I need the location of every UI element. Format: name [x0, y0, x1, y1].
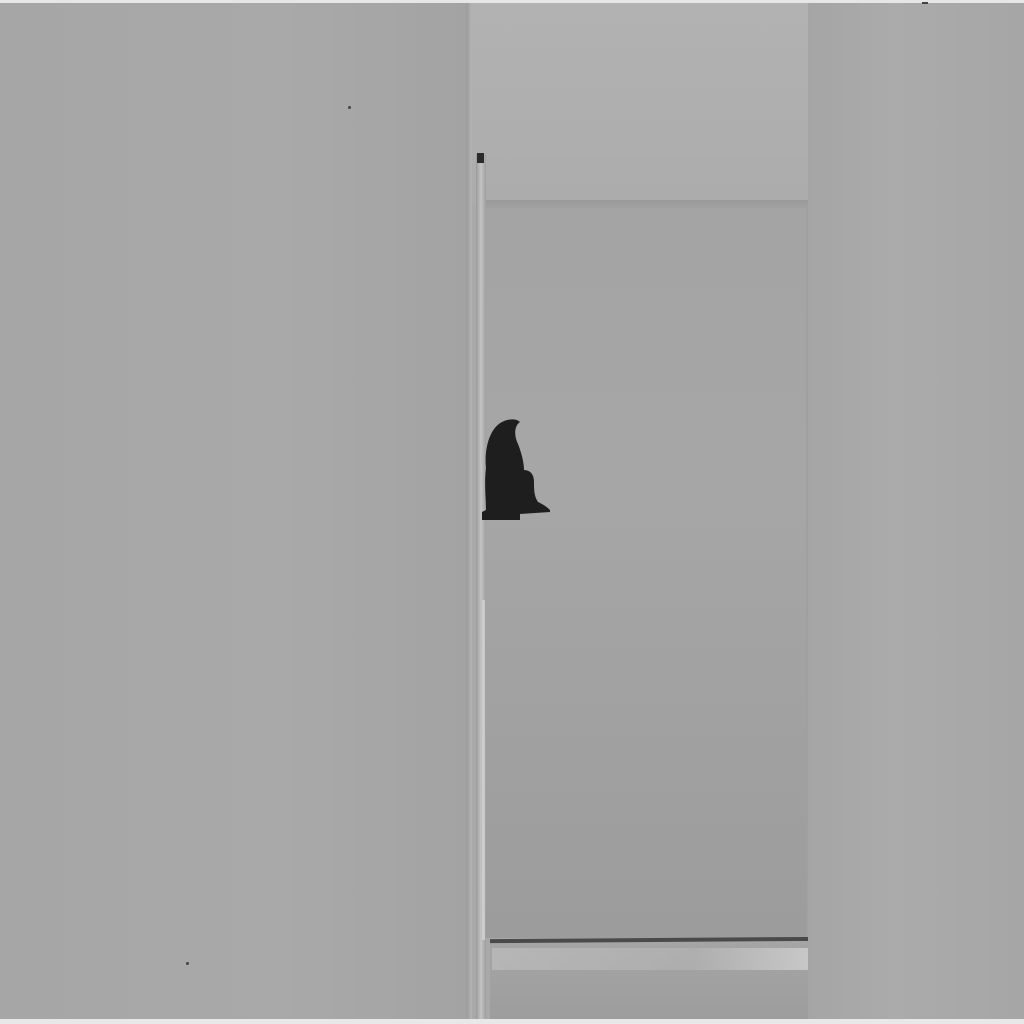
doorway-opening	[484, 203, 826, 938]
dust-speck	[186, 962, 189, 965]
dust-speck	[922, 2, 928, 4]
dust-speck	[348, 106, 351, 109]
photograph	[0, 0, 1024, 1024]
back-wall-upper	[472, 3, 808, 203]
photo-bottom-border	[0, 1019, 1024, 1024]
left-wall	[0, 3, 468, 1019]
floor-reflection	[492, 948, 826, 970]
right-wall	[808, 3, 1024, 1019]
left-wall-edge	[466, 3, 472, 1019]
post-highlight	[482, 600, 485, 940]
sculpture-figure	[480, 418, 552, 522]
post-cap	[477, 153, 484, 163]
doorway-lintel	[484, 200, 808, 208]
